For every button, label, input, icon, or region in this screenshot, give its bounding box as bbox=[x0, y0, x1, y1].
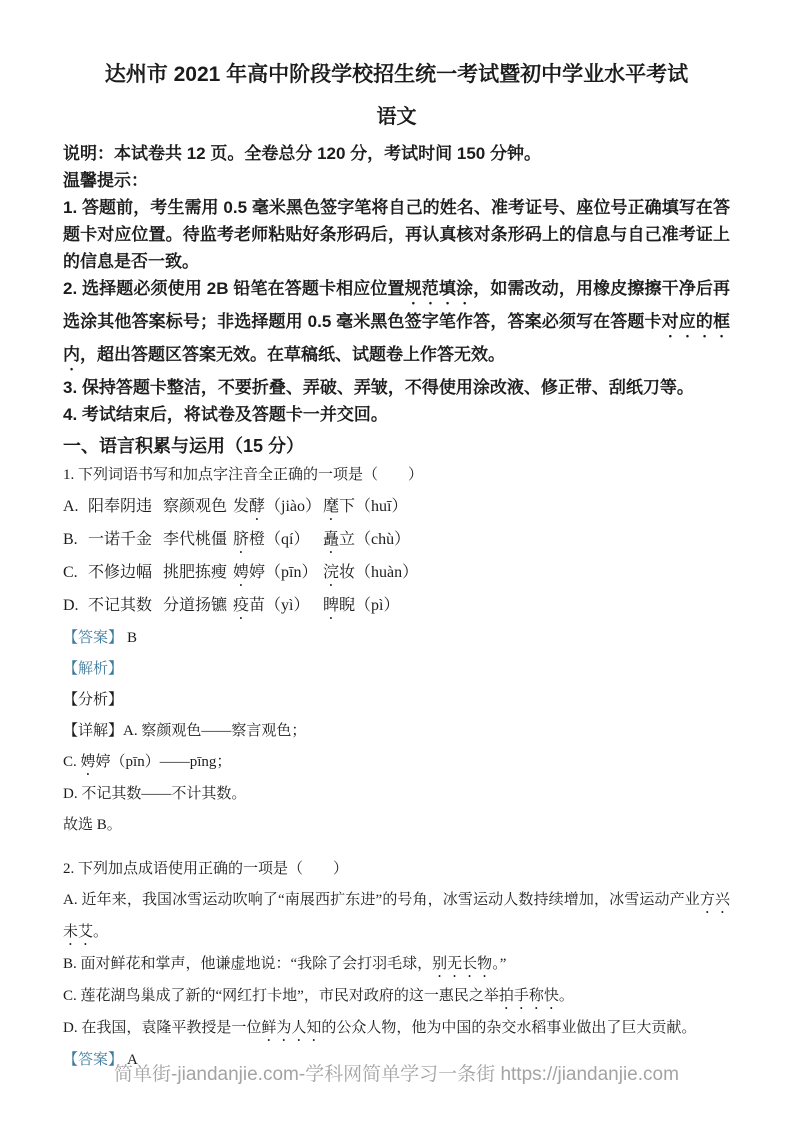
option-word: 一诺千金 bbox=[88, 524, 163, 557]
jiexi-label: 【解析】 bbox=[63, 661, 123, 677]
option-word: 阳奉阴违 bbox=[88, 491, 163, 524]
option-word: 疫苗（yì） bbox=[233, 590, 323, 623]
q1-conclusion-line: 故选 B。 bbox=[63, 810, 730, 841]
option-word: 娉婷（pīn） bbox=[233, 557, 323, 590]
option-letter: B. bbox=[63, 524, 88, 557]
q1-detail-line: 【详解】A. 察颜观色——察言观色； bbox=[63, 716, 730, 747]
q1-answer-value: B bbox=[127, 630, 137, 646]
option-word: 不修边幅 bbox=[88, 557, 163, 590]
option-word: 麾下（huī） bbox=[323, 491, 730, 524]
q2-option-c: C. 莲花湖鸟巢成了新的“网红打卡地”，市民对政府的这一惠民之举拍手称快。 bbox=[63, 981, 730, 1013]
tip-item-4: 4. 考试结束后，将试卷及答题卡一并交回。 bbox=[63, 401, 730, 428]
option-letter: D. bbox=[63, 590, 88, 623]
q1-detail-line: C. 娉婷（pīn）——pīng； bbox=[63, 747, 730, 779]
option-word: 发酵（jiào） bbox=[233, 491, 323, 524]
watermark-footer: 简单街-jiandanjie.com-学科网简单学习一条街 https://ji… bbox=[0, 1059, 793, 1086]
q1-option-row-c: C. 不修边幅 挑肥拣瘦 娉婷（pīn） 浣妆（huàn） bbox=[63, 557, 730, 590]
exam-document-page: 达州市 2021 年高中阶段学校招生统一考试暨初中学业水平考试 语文 说明：本试… bbox=[0, 0, 793, 1122]
option-letter: C. bbox=[63, 557, 88, 590]
exam-note: 说明：本试卷共 12 页。全卷总分 120 分，考试时间 150 分钟。 bbox=[63, 140, 730, 167]
option-word: 分道扬镳 bbox=[163, 590, 233, 623]
q1-option-row-d: D. 不记其数 分道扬镳 疫苗（yì） 睥睨（pì） bbox=[63, 590, 730, 623]
q1-answer-line: 【答案】B bbox=[63, 623, 730, 654]
option-word: 睥睨（pì） bbox=[323, 590, 730, 623]
option-letter: A. bbox=[63, 491, 88, 524]
q1-option-row-a: A. 阳奉阴违 察颜观色 发酵（jiào） 麾下（huī） bbox=[63, 491, 730, 524]
q2-option-a: A. 近年来，我国冰雪运动吹响了“南展西扩东进”的号角，冰雪运动人数持续增加，冰… bbox=[63, 885, 730, 949]
option-word: 脐橙（qí） bbox=[233, 524, 323, 557]
tip-item-3: 3. 保持答题卡整洁，不要折叠、弄破、弄皱，不得使用涂改液、修正带、刮纸刀等。 bbox=[63, 374, 730, 401]
option-word: 浣妆（huàn） bbox=[323, 557, 730, 590]
q2-stem: 2. 下列加点成语使用正确的一项是（ ） bbox=[63, 854, 730, 885]
q1-detail-line: D. 不记其数——不计其数。 bbox=[63, 779, 730, 810]
option-word: 矗立（chù） bbox=[323, 524, 730, 557]
q1-fenxi-line: 【分析】 bbox=[63, 685, 730, 716]
option-word: 李代桃僵 bbox=[163, 524, 233, 557]
q1-stem: 1. 下列词语书写和加点字注音全正确的一项是（ ） bbox=[63, 460, 730, 491]
page-title: 达州市 2021 年高中阶段学校招生统一考试暨初中学业水平考试 bbox=[63, 60, 730, 90]
tip-item-2: 2. 选择题必须使用 2B 铅笔在答题卡相应位置规范填涂，如需改动，用橡皮擦擦干… bbox=[63, 275, 730, 374]
answer-label: 【答案】 bbox=[63, 630, 123, 646]
tips-heading: 温馨提示： bbox=[63, 167, 730, 194]
option-word: 挑肥拣瘦 bbox=[163, 557, 233, 590]
section-heading: 一、语言积累与运用（15 分） bbox=[63, 432, 730, 460]
q2-option-b: B. 面对鲜花和掌声，他谦虚地说：“我除了会打羽毛球，别无长物。” bbox=[63, 949, 730, 981]
q1-option-row-b: B. 一诺千金 李代桃僵 脐橙（qí） 矗立（chù） bbox=[63, 524, 730, 557]
q1-jiexi-line: 【解析】 bbox=[63, 654, 730, 685]
option-word: 不记其数 bbox=[88, 590, 163, 623]
option-word: 察颜观色 bbox=[163, 491, 233, 524]
tip-item-1: 1. 答题前，考生需用 0.5 毫米黑色签字笔将自己的姓名、准考证号、座位号正确… bbox=[63, 194, 730, 275]
q2-option-d: D. 在我国，袁隆平教授是一位鲜为人知的公众人物，他为中国的杂交水稻事业做出了巨… bbox=[63, 1013, 730, 1045]
page-subtitle: 语文 bbox=[63, 104, 730, 130]
